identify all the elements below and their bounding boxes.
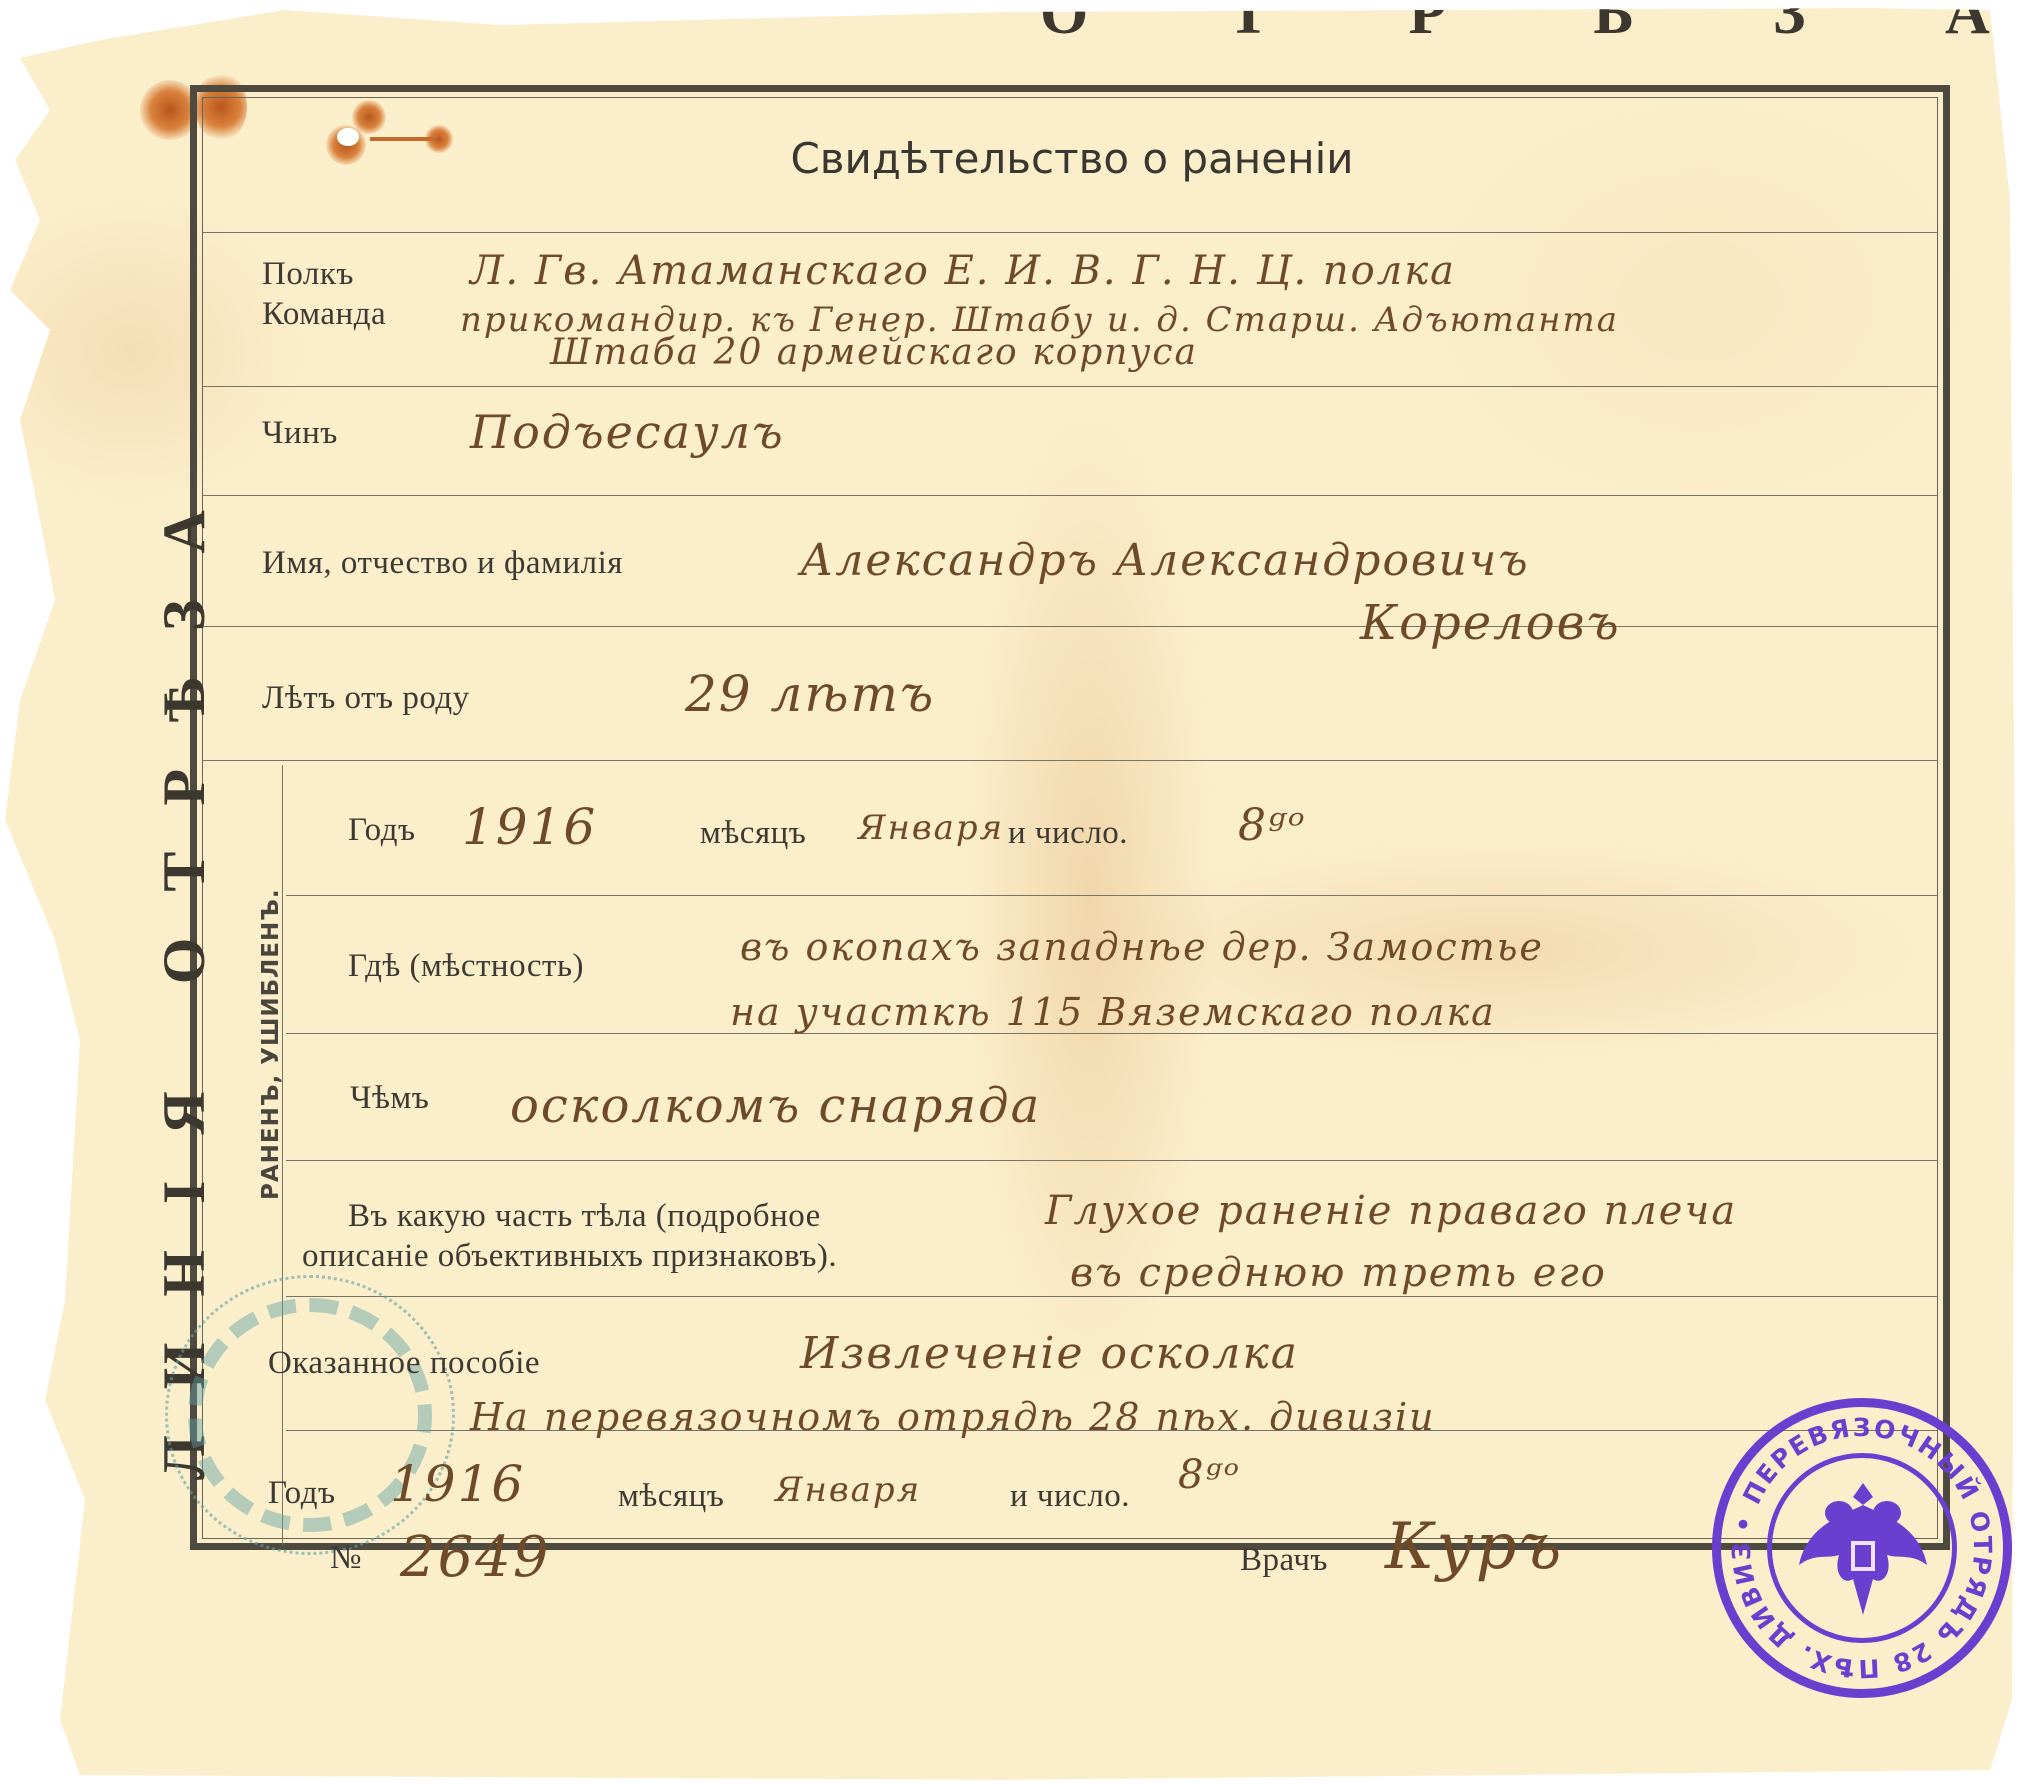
place-value-line1: въ окопахъ западнѣе дер. Замостье <box>740 925 1544 969</box>
row-divider <box>286 1296 1938 1297</box>
row-divider <box>203 386 1938 387</box>
weapon-label: Чѣмъ <box>350 1080 429 1117</box>
faded-green-stamp <box>165 1275 455 1555</box>
wound-day-value: 8ᵍᵒ <box>1238 800 1307 851</box>
wound-day-label: и число. <box>1008 815 1128 852</box>
top-cut-line-text: О Т Р Ѣ З А <box>1040 0 2024 49</box>
wound-year-value: 1916 <box>462 798 597 856</box>
double-headed-eagle-icon <box>1793 1475 1933 1625</box>
body-part-value-line2: въ среднюю треть его <box>1070 1250 1607 1296</box>
wound-month-label: мѣсяцъ <box>700 815 806 852</box>
number-value: 2649 <box>400 1525 551 1590</box>
name-value-line2: Кореловъ <box>1360 595 1621 651</box>
aid-label: Оказанное пособіе <box>268 1345 540 1382</box>
row-divider <box>203 760 1938 761</box>
body-part-label-line2: описаніе объективныхъ признаковъ). <box>302 1238 837 1275</box>
regiment-label: Полкъ <box>262 256 354 293</box>
team-value-line2: Штаба 20 армейскаго корпуса <box>550 332 1198 373</box>
document-paper: О Т Р Ѣ З А ЛИНІЯ ОТРѢЗА РАНЕНЪ, УШИБЛЕН… <box>0 0 2024 1784</box>
aid-day-value: 8ᵍᵒ <box>1178 1452 1241 1498</box>
weapon-value: осколкомъ снаряда <box>510 1078 1041 1134</box>
body-part-value-line1: Глухое раненіе праваго плеча <box>1045 1188 1737 1234</box>
row-divider <box>203 232 1938 233</box>
aid-year-value: 1916 <box>390 1455 525 1513</box>
number-label: № <box>330 1540 362 1577</box>
wounded-bruised-side-label: РАНЕНЪ, УШИБЛЕНЪ. <box>258 888 284 1200</box>
aid-value-line2: На перевязочномъ отрядѣ 28 пѣх. дивизіи <box>470 1395 1436 1439</box>
rank-value: Подъесаулъ <box>470 405 785 459</box>
row-divider <box>203 626 1938 627</box>
aid-day-label: и число. <box>1010 1478 1130 1515</box>
place-label: Гдѣ (мѣстность) <box>348 948 584 985</box>
age-label: Лѣтъ отъ роду <box>262 680 470 717</box>
row-divider <box>203 495 1938 496</box>
aid-year-label: Годъ <box>268 1475 336 1512</box>
name-value-line1: Александръ Александровичъ <box>800 535 1530 586</box>
place-value-line2: на участкѣ 115 Вяземскаго полка <box>730 990 1496 1034</box>
row-divider <box>286 895 1938 896</box>
aid-value-line1: Извлеченіе осколка <box>800 1328 1299 1379</box>
age-value: 29 лѣтъ <box>685 665 935 723</box>
row-divider <box>286 1160 1938 1161</box>
aid-month-label: мѣсяцъ <box>618 1478 724 1515</box>
team-label: Команда <box>262 296 386 333</box>
violet-division-stamp: • ПЕРЕВЯЗОЧНЫЙ ОТРЯДЪ 28 ПѢХ. ДИВИЗІИ <box>1712 1398 2012 1698</box>
wound-month-value: Января <box>858 808 1004 848</box>
body-part-label-line1: Въ какую часть тѣла (подробное <box>348 1198 821 1235</box>
wound-year-label: Годъ <box>348 812 416 849</box>
doctor-signature: Куръ <box>1385 1510 1563 1584</box>
document-title: Свидѣтельство о раненіи <box>0 134 2024 183</box>
rank-label: Чинъ <box>262 415 338 452</box>
name-label: Имя, отчество и фамилія <box>262 545 623 582</box>
doctor-label: Врачъ <box>1240 1542 1328 1579</box>
regiment-value: Л. Гв. Атаманскаго Е. И. В. Г. Н. Ц. пол… <box>470 248 1456 294</box>
aid-month-value: Января <box>775 1470 921 1510</box>
